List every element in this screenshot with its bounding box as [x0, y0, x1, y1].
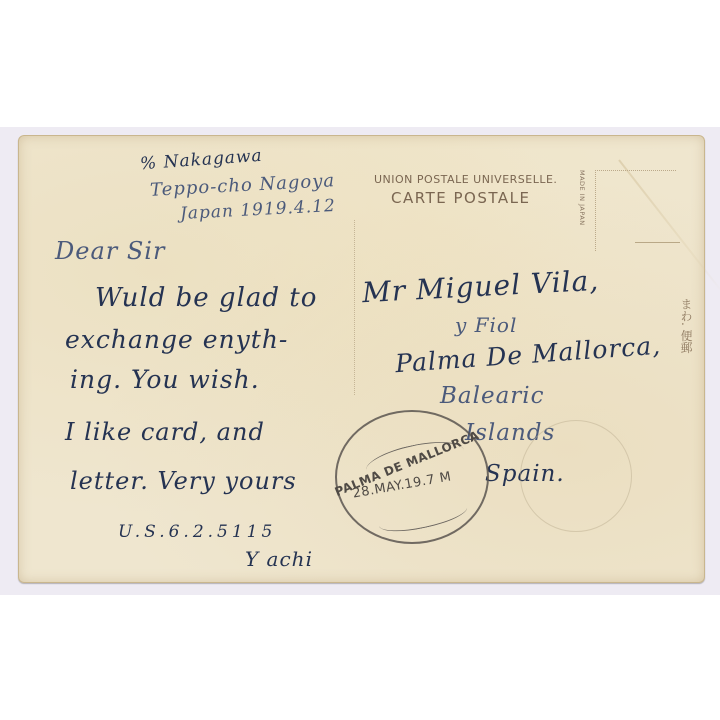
- message-greeting: Dear Sir: [55, 237, 165, 265]
- faint-circle-mark: [520, 420, 632, 532]
- message-line: U.S.6.2.5115: [118, 522, 276, 542]
- message-signature: Y achi: [245, 547, 313, 571]
- center-divider: [354, 220, 355, 395]
- stamp-box: [595, 170, 676, 251]
- carte-postale-title: CARTE POSTALE: [391, 189, 530, 207]
- made-in-japan-label: MADE IN JAPAN: [578, 170, 586, 226]
- message-line: exchange enyth-: [65, 325, 288, 354]
- message-line: ing. You wish.: [70, 365, 260, 394]
- recipient-line4: Balearic: [440, 383, 545, 409]
- message-line: Wuld be glad to: [95, 283, 317, 313]
- japanese-side-text: まわ. 便郵: [678, 298, 695, 354]
- recipient-line2: y Fiol: [455, 313, 517, 337]
- message-line: I like card, and: [65, 418, 265, 446]
- union-postale-heading: UNION POSTALE UNIVERSELLE.: [374, 173, 557, 186]
- stamp-box-line: [635, 242, 680, 243]
- message-line: letter. Very yours: [70, 467, 297, 495]
